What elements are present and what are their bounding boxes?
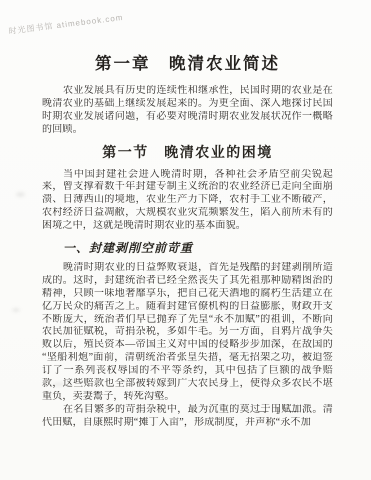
text-line: 亿万民众的痛苦之上。随着封建官僚机构的日益膨胀，财政开支: [42, 301, 333, 314]
scan-smudge: [12, 308, 20, 312]
paragraph: 农业发展具有历史的连续性和继承性，民国时期的农业是在晚清农业的基础上继续发展起来…: [42, 85, 333, 137]
scanned-book-page: 时光图书馆 atimebook.com 第一章 晚清农业简述农业发展具有历史的连…: [0, 0, 371, 480]
text-line: 不断庞大，统治者们早已抛弃了先皇“永不加赋”的祖训，不断向: [42, 314, 333, 327]
library-watermark: 时光图书馆 atimebook.com: [8, 12, 124, 37]
text-line: 农村经济日益凋敝，大规模农业灾荒频繁发生，陷入前所未有的: [42, 207, 333, 220]
text-line: 成的。这时，封建统治者已经全然丧失了其先祖那种励精图治的: [42, 275, 333, 288]
scan-smudge: [16, 192, 25, 197]
page-number: — 1 —: [258, 406, 300, 417]
text-line: 的回顾。: [42, 124, 333, 137]
text-line: 农民加征赋税，苛捐杂税，多如牛毛。另一方面，自鸦片战争失: [42, 326, 333, 339]
chapter-title: 第一章 晚清农业简述: [42, 50, 333, 74]
text-line: “坚船利炮”面前，清朝统治者张皇失措，毫无招架之功，被迫签: [42, 352, 333, 365]
text-line: 晚清时期农业的日益弊败衰退，首先是残酷的封建剥削所造: [42, 262, 333, 275]
text-line: 溃、日薄西山的境地，农业生产力下降，农村手工业不断破产，: [42, 194, 333, 207]
text-line: 重负，卖妻鬻子，转死沟壑。: [42, 391, 333, 404]
text-line: 精神，只顾一味地奢靡享乐，把自己花天酒地的腐朽生活建立在: [42, 288, 333, 301]
subsection-title: 一、封建剥削空前苛重: [42, 239, 333, 256]
text-line: 代田赋，自康熙时期“摊丁入亩”，形成制度，并声称“永不加: [42, 417, 333, 430]
text-line: 困境之中，这就是晚清时期农业的基本面貌。: [42, 220, 333, 233]
paragraph: 当中国封建社会进入晚清时期，各种社会矛盾空前尖锐起来，曾支撑着数千年封建专制主义…: [42, 169, 333, 233]
text-column: 第一章 晚清农业简述农业发展具有历史的连续性和继承性，民国时期的农业是在晚清农业…: [42, 50, 333, 430]
text-line: 来，曾支撑着数千年封建专制主义统治的农业经济已走向全面崩: [42, 181, 333, 194]
text-line: 农业发展具有历史的连续性和继承性，民国时期的农业是在: [42, 85, 333, 98]
text-line: 时期农业发展诸问题，有必要对晚清时期农业发展状况作一概略: [42, 111, 333, 124]
text-line: 款，这些赔款也全部被转嫁到广大农民身上，使得众多农民不堪: [42, 378, 333, 391]
text-line: 订了一系列丧权辱国的不平等条约，其中包括了巨额的战争赔: [42, 365, 333, 378]
text-line: 败以后，殖民资本—帝国主义对中国的侵略步步加深，在敌国的: [42, 339, 333, 352]
section-title: 第一节 晚清农业的困境: [42, 142, 333, 162]
text-line: 当中国封建社会进入晚清时期，各种社会矛盾空前尖锐起: [42, 169, 333, 182]
text-line: 晚清农业的基础上继续发展起来的。为更全面、深入地探讨民国: [42, 98, 333, 111]
paragraph: 晚清时期农业的日益弊败衰退，首先是残酷的封建剥削所造成的。这时，封建统治者已经全…: [42, 262, 333, 404]
